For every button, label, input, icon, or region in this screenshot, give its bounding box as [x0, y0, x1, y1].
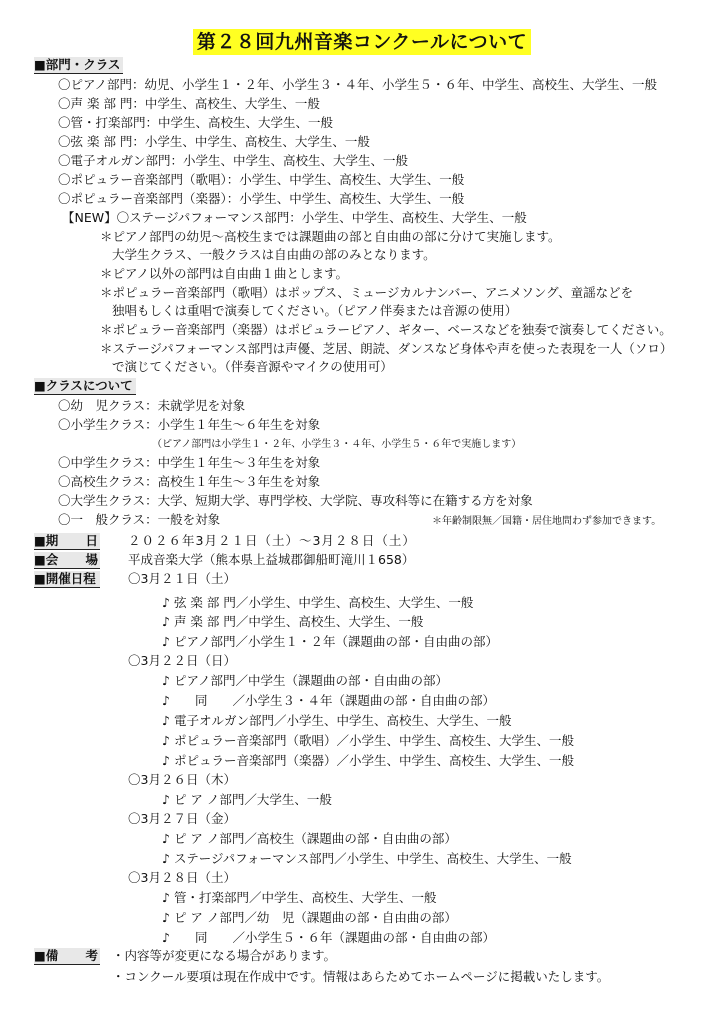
schedule-date: 〇3月２６日（木）: [128, 771, 236, 788]
schedule-entry: ♪ 同 ／小学生３・４年（課題曲の部・自由曲の部）: [162, 692, 495, 709]
schedule-entry: ♪ 電子オルガン部門／小学生、中学生、高校生、大学生、一般: [162, 712, 511, 729]
section-heading-remarks: ■備考: [34, 948, 100, 965]
dates-value: ２０２６年3月２１日（土）～3月２８日（土）: [128, 532, 416, 549]
division-note: ＊ステージパフォーマンス部門は声優、芝居、朗読、ダンスなど身体や声を使った表現を…: [100, 340, 672, 357]
schedule-entry: ♪ ピ ア ノ部門／高校生（課題曲の部・自由曲の部）: [162, 830, 457, 847]
division-item: 〇ピアノ部門：幼児、小学生１・２年、小学生３・４年、小学生５・６年、中学生、高校…: [58, 76, 657, 93]
class-item-note: （ピアノ部門は小学生１・２年、小学生３・４年、小学生５・６年で実施します）: [152, 436, 521, 453]
schedule-date: 〇3月２２日（日）: [128, 652, 236, 669]
page-title: 第２８回九州音楽コンクールについて: [193, 29, 531, 55]
section-heading-schedule: ■開催日程: [34, 571, 100, 588]
division-item: 〇弦 楽 部 門：小学生、中学生、高校生、大学生、一般: [58, 133, 370, 150]
schedule-entry: ♪ 同 ／小学生５・６年（課題曲の部・自由曲の部）: [162, 929, 495, 946]
schedule-date: 〇3月２１日（土）: [128, 570, 236, 587]
class-item: 〇高校生クラス：高校生１年生～３年生を対象: [58, 473, 320, 490]
class-item: 〇大学生クラス：大学、短期大学、専門学校、大学院、専攻科等に在籍する方を対象: [58, 492, 533, 509]
schedule-entry: ♪ ポピュラー音楽部門（歌唱）／小学生、中学生、高校生、大学生、一般: [162, 732, 574, 749]
remark-item: ・内容等が変更になる場合があります。: [112, 947, 336, 964]
document-page: 第２８回九州音楽コンクールについて ■部門・クラス 〇ピアノ部門：幼児、小学生１…: [0, 0, 724, 1024]
class-item: 〇幼 児クラス：未就学児を対象: [58, 397, 245, 414]
division-note: 大学生クラス、一般クラスは自由曲の部のみとなります。: [112, 246, 436, 263]
division-note: ＊ポピュラー音楽部門（楽器）はポピュラーピアノ、ギター、ベースなどを独奏で演奏し…: [100, 321, 672, 338]
schedule-entry: ♪ ステージパフォーマンス部門／小学生、中学生、高校生、大学生、一般: [162, 850, 572, 867]
title-wrap: 第２８回九州音楽コンクールについて: [0, 29, 724, 55]
section-heading-classes: ■クラスについて: [34, 378, 136, 395]
schedule-entry: ♪ ピ ア ノ部門／大学生、一般: [162, 791, 332, 808]
division-note: で演じてください。（伴奏音源やマイクの使用可）: [112, 358, 393, 375]
schedule-entry: ♪ 管・打楽部門／中学生、高校生、大学生、一般: [162, 889, 436, 906]
section-heading-divisions: ■部門・クラス: [34, 57, 123, 74]
section-heading-dates: ■期日: [34, 533, 100, 550]
venue-value: 平成音楽大学（熊本県上益城郡御船町滝川１658）: [128, 551, 414, 568]
division-note: 独唱もしくは重唱で演奏してください。（ピアノ伴奏または音源の使用）: [112, 302, 517, 319]
division-item: 〇ポピュラー音楽部門（歌唱）：小学生、中学生、高校生、大学生、一般: [58, 171, 464, 188]
class-side-note: ＊年齢制限無／国籍・居住地問わず参加できます。: [432, 513, 661, 530]
division-note: ＊ポピュラー音楽部門（歌唱）はポップス、ミュージカルナンバー、アニメソング、童謡…: [100, 284, 633, 301]
remark-item: ・コンクール要項は現在作成中です。情報はあらためてホームページに掲載いたします。: [112, 968, 609, 985]
division-item: 〇管・打楽部門：中学生、高校生、大学生、一般: [58, 114, 333, 131]
class-item: 〇中学生クラス：中学生１年生～３年生を対象: [58, 454, 320, 471]
division-item-new: 【NEW】〇ステージパフォーマンス部門：小学生、中学生、高校生、大学生、一般: [62, 209, 527, 226]
schedule-entry: ♪ ピアノ部門／中学生（課題曲の部・自由曲の部）: [162, 672, 448, 689]
division-note: ＊ピアノ部門の幼児～高校生までは課題曲の部と自由曲の部に分けて実施します。: [100, 228, 561, 245]
schedule-entry: ♪ ピアノ部門／小学生１・２年（課題曲の部・自由曲の部）: [162, 633, 498, 650]
class-item: 〇一 般クラス：一般を対象: [58, 511, 220, 528]
class-item: 〇小学生クラス：小学生１年生～６年生を対象: [58, 416, 320, 433]
division-item: 〇電子オルガン部門：小学生、中学生、高校生、大学生、一般: [58, 152, 408, 169]
division-item: 〇ポピュラー音楽部門（楽器）：小学生、中学生、高校生、大学生、一般: [58, 190, 464, 207]
schedule-date: 〇3月２７日（金）: [128, 810, 236, 827]
schedule-entry: ♪ 声 楽 部 門／中学生、高校生、大学生、一般: [162, 613, 423, 630]
schedule-entry: ♪ 弦 楽 部 門／小学生、中学生、高校生、大学生、一般: [162, 594, 473, 611]
schedule-date: 〇3月２８日（土）: [128, 869, 236, 886]
division-note: ＊ピアノ以外の部門は自由曲１曲とします。: [100, 265, 348, 282]
section-heading-venue: ■会場: [34, 552, 100, 569]
schedule-entry: ♪ ピ ア ノ部門／幼 児（課題曲の部・自由曲の部）: [162, 909, 457, 926]
schedule-entry: ♪ ポピュラー音楽部門（楽器）／小学生、中学生、高校生、大学生、一般: [162, 752, 574, 769]
division-item: 〇声 楽 部 門：中学生、高校生、大学生、一般: [58, 95, 320, 112]
